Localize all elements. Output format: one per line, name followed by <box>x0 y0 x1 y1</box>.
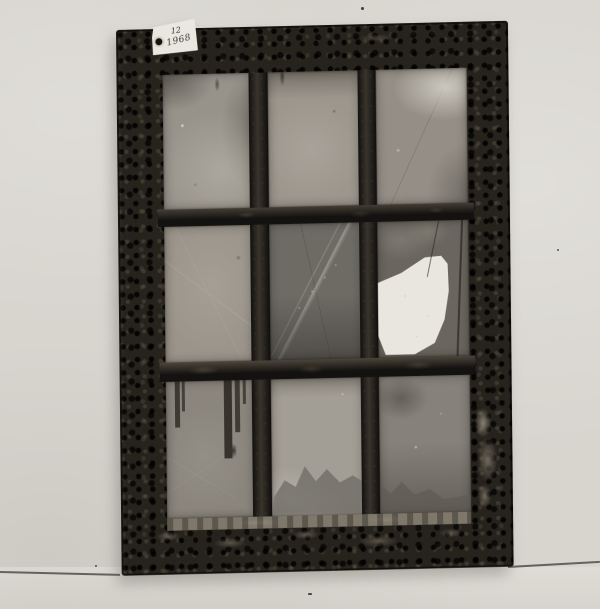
glass-crack-line <box>456 220 463 356</box>
glass-pane-middle-left <box>164 225 253 363</box>
tag-hole <box>155 38 163 46</box>
dust-speck <box>557 249 559 251</box>
glass-pane-bottom-center <box>271 377 364 516</box>
photograph: 12 1968 <box>0 0 600 609</box>
broken-glass-patch <box>377 220 469 358</box>
glass-pane-bottom-left <box>166 380 255 519</box>
dust-speck <box>308 593 312 595</box>
dust-speck <box>95 565 97 567</box>
sash-opening <box>162 68 471 531</box>
tag-number-line2: 1968 <box>166 34 192 49</box>
glass-pane-bottom-right <box>379 375 471 514</box>
glass-shadow-silhouette <box>271 429 364 516</box>
window-sash: 12 1968 <box>116 21 514 576</box>
glass-pane-top-center <box>267 70 360 207</box>
glass-pane-top-right <box>375 68 467 205</box>
glass-shadow-silhouette <box>379 446 471 514</box>
dust-speck <box>361 7 364 10</box>
glass-pane-middle-center <box>269 222 362 360</box>
glass-pane-middle-right <box>377 220 469 358</box>
glass-pane-top-left <box>162 73 251 210</box>
